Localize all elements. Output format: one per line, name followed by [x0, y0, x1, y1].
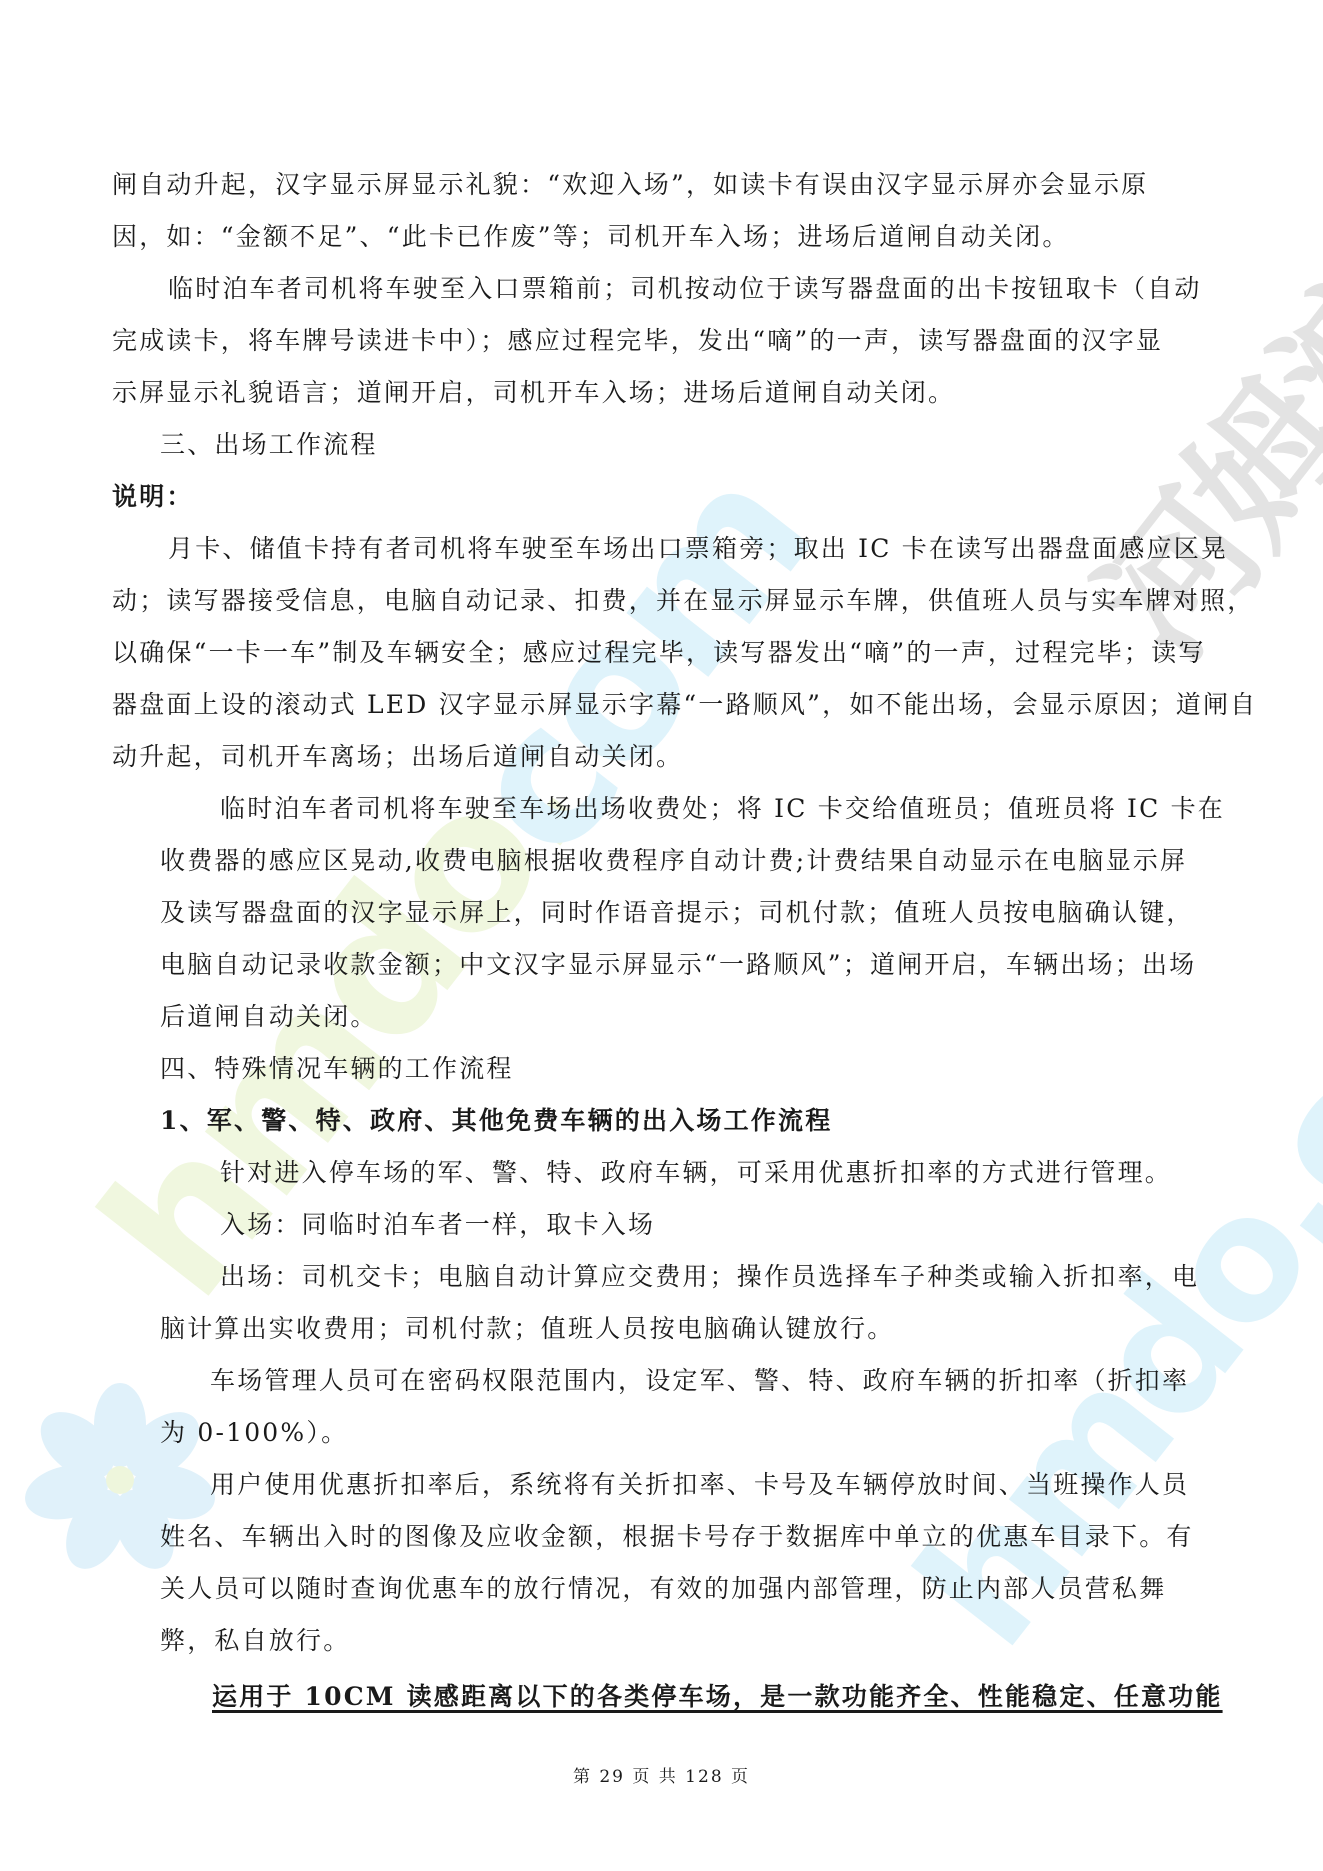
document-page: 闸自动升起，汉字显示屏显示礼貌：“欢迎入场”，如读卡有误由汉字显示屏亦会显示原因… — [0, 0, 1323, 1871]
text-line: 以确保“一卡一车”制及车辆安全；感应过程完毕，读写器发出“嘀”的一声，过程完毕；… — [112, 638, 1206, 668]
text-line: 示屏显示礼貌语言；道闸开启，司机开车入场；进场后道闸自动关闭。 — [112, 378, 955, 408]
text-line: 出场：司机交卡；电脑自动计算应交费用；操作员选择车子种类或输入折扣率，电 — [220, 1262, 1199, 1292]
text-line: 入场：同临时泊车者一样，取卡入场 — [220, 1210, 655, 1240]
text-line: 脑计算出实收费用；司机付款；值班人员按电脑确认键放行。 — [160, 1314, 894, 1344]
text-line: 用户使用优惠折扣率后，系统将有关折扣率、卡号及车辆停放时间、当班操作人员 — [210, 1470, 1189, 1500]
text-line: 姓名、车辆出入时的图像及应收金额，根据卡号存于数据库中单立的优惠车目录下。有 — [160, 1522, 1194, 1552]
text-line: 后道闸自动关闭。 — [160, 1002, 378, 1032]
text-line: 关人员可以随时查询优惠车的放行情况，有效的加强内部管理，防止内部人员营私舞 — [160, 1574, 1166, 1604]
heading-line: 说明： — [112, 482, 194, 512]
text-line: 车场管理人员可在密码权限范围内，设定军、警、特、政府车辆的折扣率（折扣率 — [210, 1366, 1189, 1396]
text-line: 月卡、储值卡持有者司机将车驶至车场出口票箱旁；取出 IC 卡在读写出器盘面感应区… — [168, 534, 1228, 564]
text-line: 动；读写器接受信息，电脑自动记录、扣费，并在显示屏显示车牌，供值班人员与实车牌对… — [112, 586, 1254, 616]
text-line: 三、出场工作流程 — [160, 430, 378, 460]
text-line: 闸自动升起，汉字显示屏显示礼貌：“欢迎入场”，如读卡有误由汉字显示屏亦会显示原 — [112, 170, 1148, 200]
text-line: 收费器的感应区晃动,收费电脑根据收费程序自动计费;计费结果自动显示在电脑显示屏 — [160, 846, 1187, 876]
text-line: 及读写器盘面的汉字显示屏上，同时作语音提示；司机付款；值班人员按电脑确认键， — [160, 898, 1194, 928]
text-line: 弊，私自放行。 — [160, 1626, 350, 1656]
text-line: 动升起，司机开车离场；出场后道闸自动关闭。 — [112, 742, 683, 772]
text-line: 为 0-100%）。 — [160, 1418, 348, 1448]
text-line: 四、特殊情况车辆的工作流程 — [160, 1054, 514, 1084]
text-line: 临时泊车者司机将车驶至车场出场收费处；将 IC 卡交给值班员；值班员将 IC 卡… — [220, 794, 1225, 824]
underlined-emphasis-line: 运用于 10CM 读感距离以下的各类停车场，是一款功能齐全、性能稳定、任意功能 — [212, 1682, 1223, 1712]
text-line: 器盘面上设的滚动式 LED 汉字显示屏显示字幕“一路顺风”，如不能出场，会显示原… — [112, 690, 1257, 720]
text-line: 因，如：“金额不足”、“此卡已作废”等；司机开车入场；进场后道闸自动关闭。 — [112, 222, 1070, 252]
heading-line: 1、军、警、特、政府、其他免费车辆的出入场工作流程 — [160, 1106, 832, 1136]
text-line: 临时泊车者司机将车驶至入口票箱前；司机按动位于读写器盘面的出卡按钮取卡（自动 — [168, 274, 1202, 304]
text-line: 完成读卡，将车牌号读进卡中）；感应过程完毕，发出“嘀”的一声，读写器盘面的汉字显 — [112, 326, 1163, 356]
text-line: 针对进入停车场的军、警、特、政府车辆，可采用优惠折扣率的方式进行管理。 — [220, 1158, 1172, 1188]
text-line: 电脑自动记录收款金额；中文汉字显示屏显示“一路顺风”；道闸开启，车辆出场；出场 — [160, 950, 1196, 980]
